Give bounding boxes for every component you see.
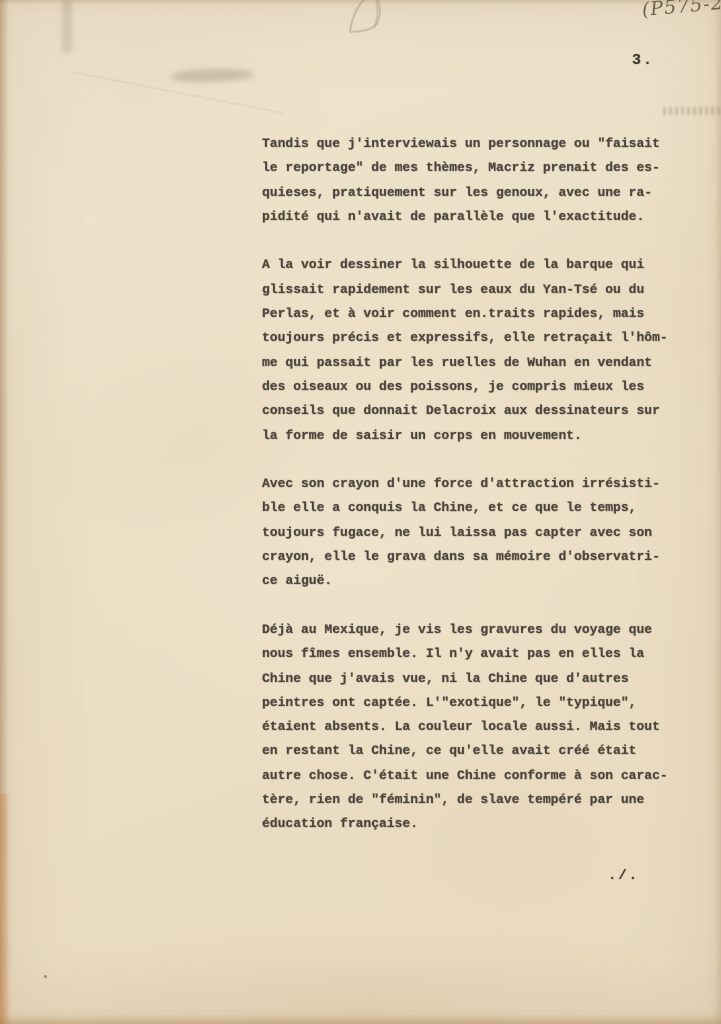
- typed-paragraph-4: Déjà au Mexique, je vis les gravures du …: [262, 618, 692, 837]
- typed-paragraph-3: Avec son crayon d'une force d'attraction…: [262, 472, 692, 593]
- typed-paragraph-1: Tandis que j'interviewais un personnage …: [262, 132, 692, 229]
- scan-edge-right: [714, 0, 721, 1024]
- scan-edge-bottom: [0, 1014, 721, 1024]
- typed-paragraph-2: A la voir dessiner la silhouette de la b…: [262, 253, 692, 447]
- document-page: (P575-2)3 3. Tandis que j'interviewais u…: [0, 0, 721, 1024]
- scan-edge-top: [0, 0, 721, 5]
- continuation-mark: ./.: [608, 868, 639, 884]
- ink-bleedthrough-mark: [663, 107, 721, 115]
- typed-text-block: Tandis que j'interviewais un personnage …: [262, 132, 692, 861]
- paper-speck: [44, 975, 47, 978]
- pencil-scribble-mark: [322, 0, 422, 34]
- scan-streak: [62, 0, 72, 52]
- scan-corner-bottom-left: [0, 794, 16, 1024]
- erased-text-smudge: [170, 68, 254, 84]
- page-number: 3.: [632, 52, 654, 69]
